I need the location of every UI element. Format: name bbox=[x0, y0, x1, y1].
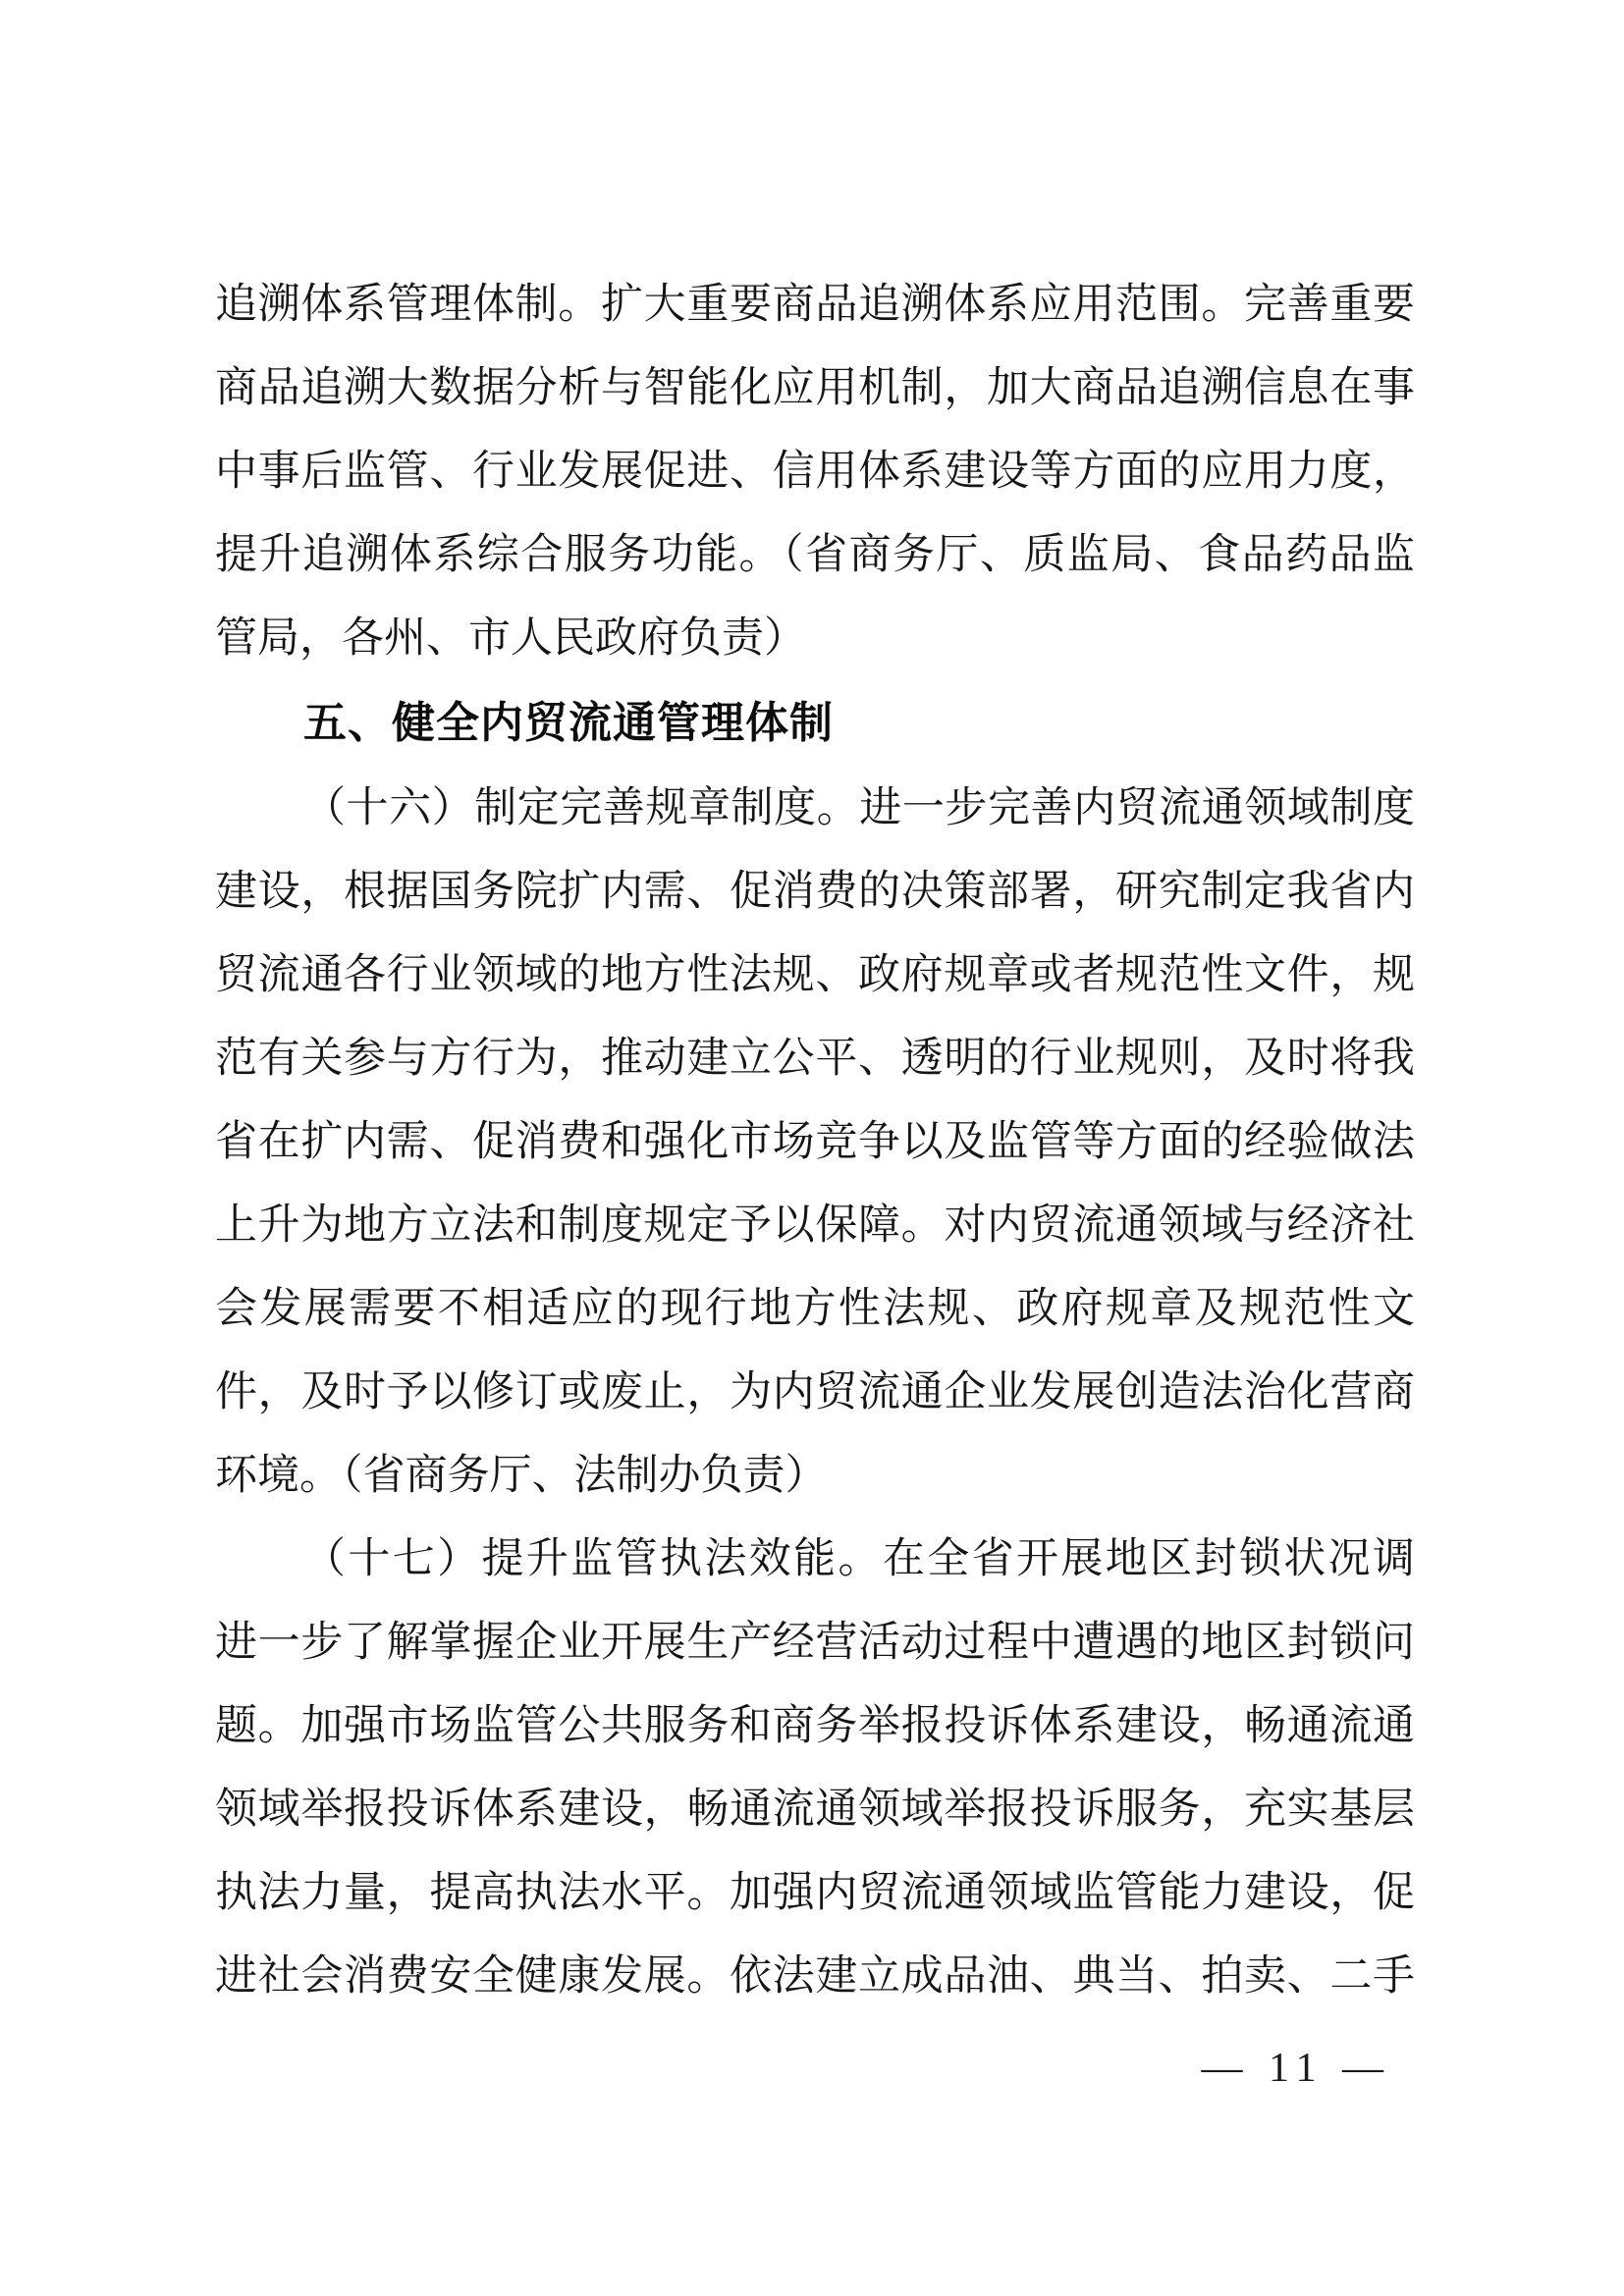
text-line: 件，及时予以修订或废止，为内贸流通企业发展创造法治化营商 bbox=[215, 1351, 1415, 1434]
text-line: 中事后监管、行业发展促进、信用体系建设等方面的应用力度， bbox=[215, 430, 1415, 513]
text-line: 上升为地方立法和制度规定予以保障。对内贸流通领域与经济社 bbox=[215, 1184, 1415, 1267]
text-line: 进社会消费安全健康发展。依法建立成品油、典当、拍卖、二手 bbox=[215, 1935, 1415, 2018]
text-line: 提升追溯体系综合服务功能。（省商务厅、质监局、食品药品监 bbox=[215, 513, 1415, 597]
page-number: — 11 — bbox=[1202, 2044, 1391, 2093]
text-line: 管局，各州、市人民政府负责） bbox=[215, 597, 1415, 680]
section-heading: 五、健全内贸流通管理体制 bbox=[215, 680, 1415, 767]
text-line: 领域举报投诉体系建设，畅通流通领域举报投诉服务，充实基层 bbox=[215, 1768, 1415, 1851]
text-line: 环境。（省商务厅、法制办负责） bbox=[215, 1434, 1415, 1518]
text-line: 追溯体系管理体制。扩大重要商品追溯体系应用范围。完善重要 bbox=[215, 263, 1415, 347]
document-page: 追溯体系管理体制。扩大重要商品追溯体系应用范围。完善重要 商品追溯大数据分析与智… bbox=[0, 0, 1624, 2296]
text-line: 商品追溯大数据分析与智能化应用机制，加大商品追溯信息在事 bbox=[215, 347, 1415, 430]
text-line: 建设，根据国务院扩内需、促消费的决策部署，研究制定我省内 bbox=[215, 850, 1415, 934]
text-line: 会发展需要不相适应的现行地方性法规、政府规章及规范性文 bbox=[215, 1267, 1415, 1351]
text-line: （十六）制定完善规章制度。进一步完善内贸流通领域制度 bbox=[215, 767, 1415, 850]
text-line: 贸流通各行业领域的地方性法规、政府规章或者规范性文件，规 bbox=[215, 934, 1415, 1017]
text-line: 题。加强市场监管公共服务和商务举报投诉体系建设，畅通流通 bbox=[215, 1684, 1415, 1768]
document-body: 追溯体系管理体制。扩大重要商品追溯体系应用范围。完善重要 商品追溯大数据分析与智… bbox=[215, 263, 1415, 2018]
text-line: （十七）提升监管执法效能。在全省开展地区封锁状况调查， bbox=[215, 1518, 1415, 1601]
text-line: 执法力量，提高执法水平。加强内贸流通领域监管能力建设，促 bbox=[215, 1851, 1415, 1935]
text-line: 范有关参与方行为，推动建立公平、透明的行业规则，及时将我 bbox=[215, 1017, 1415, 1100]
text-line: 进一步了解掌握企业开展生产经营活动过程中遭遇的地区封锁问 bbox=[215, 1601, 1415, 1684]
text-line: 省在扩内需、促消费和强化市场竞争以及监管等方面的经验做法 bbox=[215, 1100, 1415, 1184]
